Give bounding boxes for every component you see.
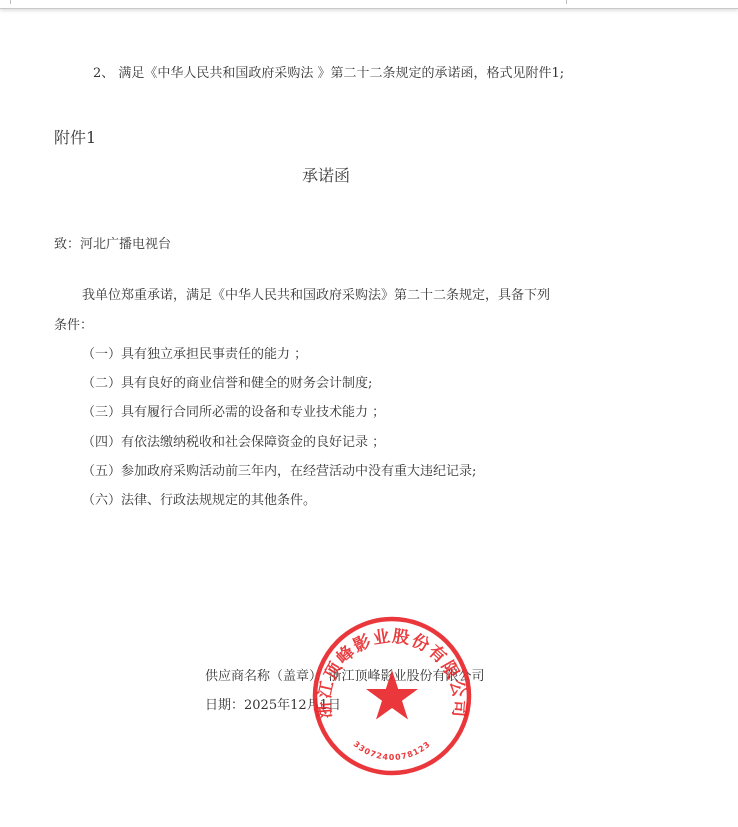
body-paragraph-line1: 我单位郑重承诺，满足《中华人民共和国政府采购法》第二十二条规定，具备下列 xyxy=(82,288,550,304)
condition-item: （五）参加政府采购活动前三年内，在经营活动中没有重大违纪记录; xyxy=(82,464,476,480)
page-break-top xyxy=(0,0,738,9)
seal-ring xyxy=(315,619,469,773)
attachment-label: 附件1 xyxy=(54,128,96,148)
date-line: 日期：2025年12月1日 xyxy=(205,698,341,714)
left-margin-mark xyxy=(10,0,11,4)
condition-item: （一）具有独立承担民事责任的能力 ； xyxy=(82,347,307,363)
seal-code-text: 3307240078123 xyxy=(352,739,433,762)
body-paragraph-line2: 条件： xyxy=(54,318,93,334)
condition-item: （四）有依法缴纳税收和社会保障资金的良好记录 ； xyxy=(82,435,385,451)
supplier-name-line: 供应商名称（盖章）：浙江顶峰影业股份有限公司 xyxy=(205,669,485,685)
condition-item: （二）具有良好的商业信誉和健全的财务会计制度; xyxy=(82,376,372,392)
condition-item: （三）具有履行合同所必需的设备和专业技术能力 ； xyxy=(82,405,385,421)
document-title: 承诺函 xyxy=(302,166,350,186)
right-margin-mark xyxy=(566,0,567,4)
condition-item: （六）法律、行政法规规定的其他条件。 xyxy=(82,493,316,509)
company-seal-stamp: 浙江顶峰影业股份有限公司 3307240078123 xyxy=(310,614,474,778)
addressee: 致：河北广播电视台 xyxy=(54,237,171,253)
intro-line: 2、 满足《中华人民共和国政府采购法 》第二十二条规定的承诺函，格式见附件1; xyxy=(93,66,564,82)
